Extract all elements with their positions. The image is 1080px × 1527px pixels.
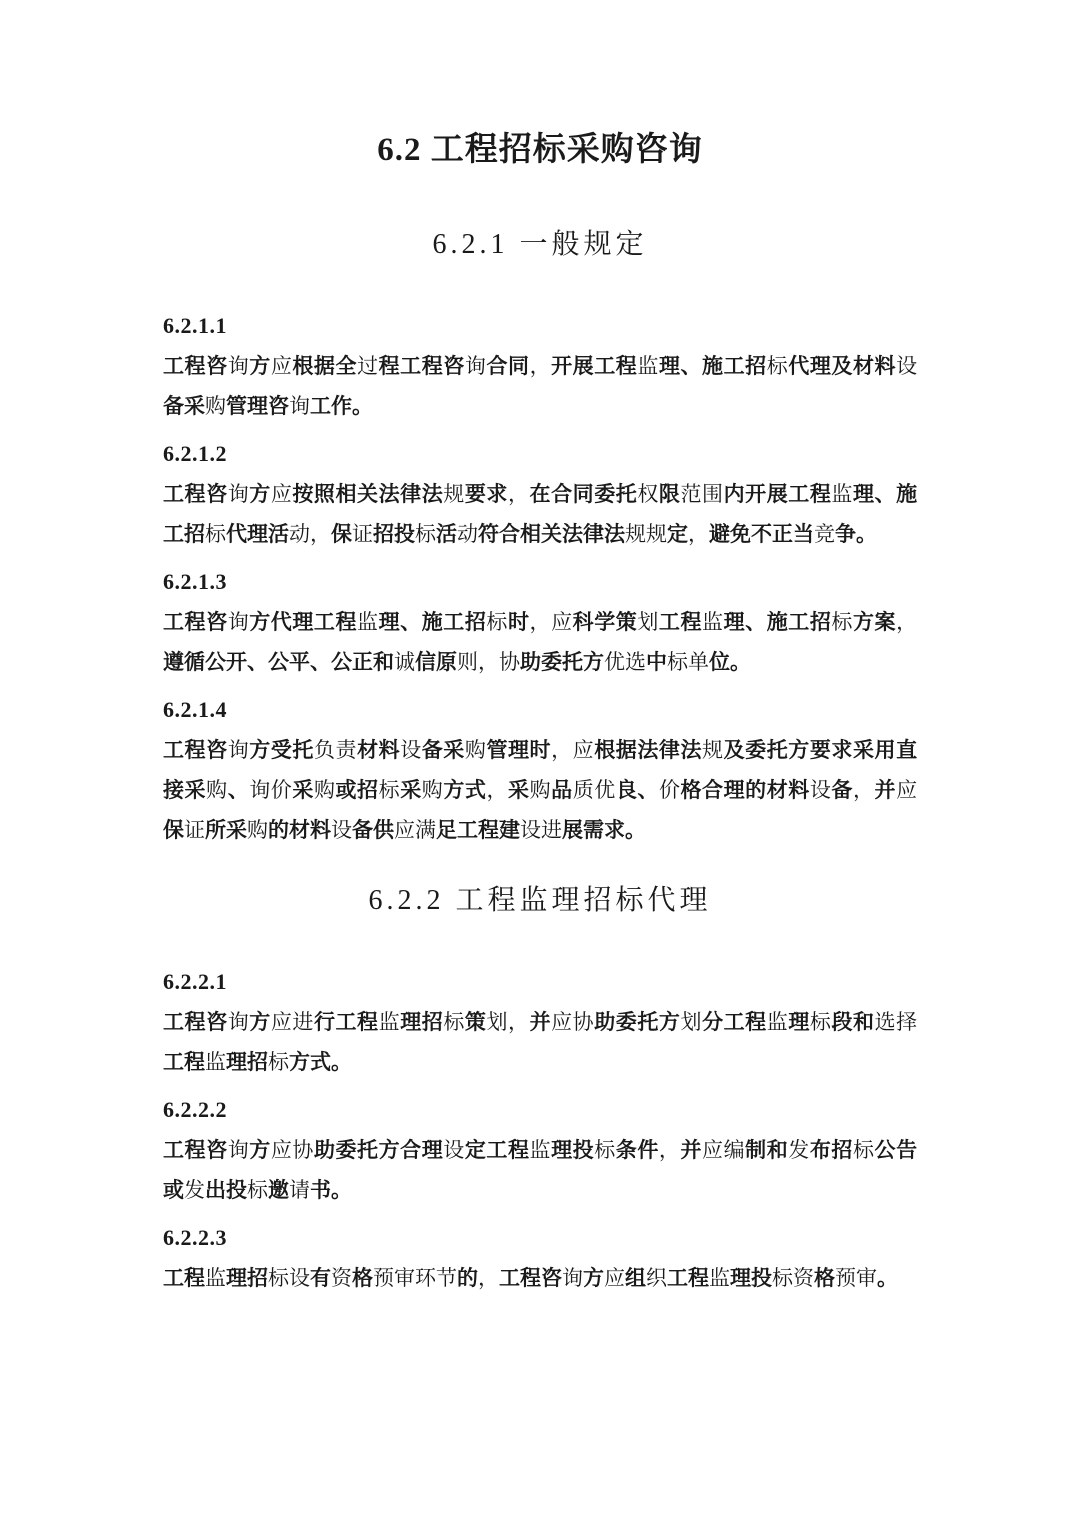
text-run: 要求	[465, 482, 508, 506]
text-run: 标	[486, 610, 508, 634]
text-run: 预审环节	[373, 1266, 457, 1290]
text-run: 则，协	[457, 650, 520, 674]
document-title: 6.2 工程招标采购咨询	[163, 0, 917, 172]
text-run: 备采	[163, 394, 205, 418]
text-run: ，应	[551, 738, 594, 762]
clause-number: 6.2.2.3	[163, 1218, 917, 1258]
text-run: 方	[583, 1266, 604, 1290]
text-run: ，应	[530, 610, 573, 634]
text-run: 工程	[163, 1266, 205, 1290]
section-heading-6-2-2: 6.2.2 工程监理招标代理	[163, 882, 917, 920]
text-run: 所采	[205, 818, 247, 842]
text-run: 。	[877, 1266, 898, 1290]
text-run: 证	[352, 522, 373, 546]
text-run: 质优	[573, 778, 616, 802]
text-run: 程工程咨	[379, 354, 465, 378]
text-run: 行工程	[314, 1010, 379, 1034]
text-run: 在合同委托	[530, 482, 638, 506]
text-run: 工程咨	[163, 738, 228, 762]
text-run: 良、	[616, 778, 659, 802]
text-run: 邀	[268, 1178, 289, 1202]
text-run: 标	[443, 1010, 465, 1034]
text-run: 应协	[271, 1138, 314, 1162]
text-run: ，	[508, 482, 530, 506]
text-run: 标单	[667, 650, 709, 674]
text-run: 设	[400, 738, 422, 762]
text-run: 标	[767, 354, 789, 378]
clause-number: 6.2.1.1	[163, 306, 917, 346]
text-run: 管理时	[486, 738, 551, 762]
text-run: 材料	[357, 738, 400, 762]
clause-number: 6.2.2.2	[163, 1090, 917, 1130]
text-run: ，	[688, 522, 709, 546]
clause-6-2-1-4: 6.2.1.4 工程咨询方受托负责材料设备采购管理时，应根据法律法规及委托方要求…	[163, 690, 917, 850]
text-run: 理、施工招	[659, 354, 767, 378]
text-run: 内开展工程	[724, 482, 832, 506]
text-run: 理、施工招	[379, 610, 487, 634]
section-heading-6-2-1: 6.2.1 一般规定	[163, 226, 917, 264]
text-run: 应	[604, 1266, 625, 1290]
text-run: 并	[530, 1010, 552, 1034]
clause-number: 6.2.1.4	[163, 690, 917, 730]
text-run: 保	[163, 818, 184, 842]
text-run: 活	[436, 522, 457, 546]
text-run: 购	[205, 394, 226, 418]
text-run: 设	[896, 354, 917, 378]
text-run: 品	[551, 778, 573, 802]
clause-6-2-1-1: 6.2.1.1 工程咨询方应根据全过程工程咨询合同，开展工程监理、施工招标代理及…	[163, 306, 917, 426]
text-run: 优选	[604, 650, 646, 674]
text-run: 预审	[835, 1266, 877, 1290]
text-run: ，	[530, 354, 552, 378]
text-run: 有	[310, 1266, 331, 1290]
text-run: 按照相关法律法	[292, 482, 443, 506]
text-run: 方式。	[289, 1050, 352, 1074]
text-run: 方案	[853, 610, 896, 634]
text-run: 争。	[835, 522, 877, 546]
text-run: 监	[205, 1050, 226, 1074]
text-run: 的	[457, 1266, 478, 1290]
section-6-2-1: 6.2.1 一般规定 6.2.1.1 工程咨询方应根据全过程工程咨询合同，开展工…	[163, 226, 917, 850]
clause-number: 6.2.2.1	[163, 962, 917, 1002]
text-run: 监	[530, 1138, 552, 1162]
text-run: 监	[205, 1266, 226, 1290]
text-run: 权	[637, 482, 659, 506]
text-run: 方	[249, 482, 271, 506]
text-run: 监	[709, 1266, 730, 1290]
text-run: 格合理的材料	[681, 778, 810, 802]
text-run: 价	[659, 778, 681, 802]
text-run: 中	[646, 650, 667, 674]
text-run: 竞	[814, 522, 835, 546]
text-run: 招投	[373, 522, 415, 546]
text-run: 信原	[415, 650, 457, 674]
text-run: 助委托方	[520, 650, 604, 674]
document-page: 6.2 工程招标采购咨询 6.2.1 一般规定 6.2.1.1 工程咨询方应根据…	[0, 0, 1080, 1527]
text-run: 时	[508, 610, 530, 634]
text-run: 范围	[680, 482, 723, 506]
text-run: 监	[702, 610, 724, 634]
text-run: 购	[422, 778, 444, 802]
text-run: 合同	[486, 354, 529, 378]
text-run: 代理及材料	[788, 354, 896, 378]
text-run: 或招	[336, 778, 379, 802]
text-run: ，	[478, 1266, 499, 1290]
text-run: 设	[810, 778, 832, 802]
text-run: 监	[831, 482, 853, 506]
text-run: 限	[659, 482, 681, 506]
text-run: 询	[228, 738, 250, 762]
text-run: 诚	[394, 650, 415, 674]
text-run: 备	[831, 778, 853, 802]
text-run: ，	[896, 610, 917, 634]
text-run: 制和	[745, 1138, 788, 1162]
text-run: 理投	[730, 1266, 772, 1290]
text-run: 购	[247, 818, 268, 842]
text-run: 询	[228, 1010, 250, 1034]
section-6-2-2: 6.2.2 工程监理招标代理 6.2.2.1 工程咨询方应进行工程监理招标策划，…	[163, 882, 917, 1298]
text-run: 根据全	[292, 354, 357, 378]
text-run: 规	[702, 738, 724, 762]
text-run: ，	[853, 778, 875, 802]
text-run: 标资	[772, 1266, 814, 1290]
text-run: 策	[465, 1010, 487, 1034]
text-run: 过	[357, 354, 379, 378]
text-run: 动	[457, 522, 478, 546]
text-run: 应编	[702, 1138, 745, 1162]
text-run: 理	[788, 1010, 810, 1034]
text-run: 监	[379, 1010, 401, 1034]
text-run: 保	[331, 522, 352, 546]
text-run: 并	[875, 778, 897, 802]
text-run: 应	[271, 482, 293, 506]
text-run: 划	[681, 1010, 703, 1034]
clause-6-2-1-2: 6.2.1.2 工程咨询方应按照相关法律法规要求，在合同委托权限范围内开展工程监…	[163, 434, 917, 554]
text-run: 理招	[400, 1010, 443, 1034]
text-run: 划，	[486, 1010, 529, 1034]
text-run: 理、施工招	[724, 610, 832, 634]
text-run: 工程	[667, 1266, 709, 1290]
text-run: 资	[331, 1266, 352, 1290]
text-run: 组	[625, 1266, 646, 1290]
text-run: 位。	[709, 650, 751, 674]
text-run: 开展工程	[551, 354, 637, 378]
text-run: 并	[680, 1138, 702, 1162]
clause-text: 工程咨询方应根据全过程工程咨询合同，开展工程监理、施工招标代理及材料设备采购管理…	[163, 346, 917, 426]
text-run: 足工程建	[436, 818, 520, 842]
clause-6-2-2-2: 6.2.2.2 工程咨询方应协助委托方合理设定工程监理投标条件，并应编制和发布招…	[163, 1090, 917, 1210]
text-run: 定	[667, 522, 688, 546]
text-run: 采	[508, 778, 530, 802]
text-run: 询	[289, 394, 310, 418]
text-run: 理招	[226, 1266, 268, 1290]
text-run: 划	[637, 610, 659, 634]
text-run: 符合相关法律法	[478, 522, 625, 546]
text-run: 标	[831, 610, 853, 634]
text-run: 标	[594, 1138, 616, 1162]
text-run: 的材料	[268, 818, 331, 842]
text-run: 格	[814, 1266, 835, 1290]
text-run: 工作。	[310, 394, 373, 418]
text-run: 询	[465, 354, 487, 378]
text-run: 展需求。	[562, 818, 646, 842]
text-run: 询价	[249, 778, 292, 802]
text-run: 工程咨	[163, 1138, 228, 1162]
text-run: 方受托	[249, 738, 314, 762]
text-run: 采	[400, 778, 422, 802]
text-run: 条件	[616, 1138, 659, 1162]
clause-text: 工程咨询方应进行工程监理招标策划，并应协助委托方划分工程监理标段和选择工程监理招…	[163, 1002, 917, 1082]
text-run: ，	[486, 778, 508, 802]
text-run: 证	[184, 818, 205, 842]
text-run: 标	[810, 1010, 832, 1034]
text-run: 管理咨	[226, 394, 289, 418]
text-run: 布招	[810, 1138, 853, 1162]
text-run: 购	[465, 738, 487, 762]
text-run: 根据法律法	[594, 738, 702, 762]
clause-number: 6.2.1.3	[163, 562, 917, 602]
text-run: 标	[415, 522, 436, 546]
text-run: 监	[357, 610, 379, 634]
text-run: 标	[379, 778, 401, 802]
text-run: 选择	[875, 1010, 918, 1034]
text-run: 出投	[205, 1178, 247, 1202]
text-run: 工程咨	[163, 354, 228, 378]
text-run: 标	[247, 1178, 268, 1202]
text-run: 询	[228, 482, 250, 506]
clause-text: 工程咨询方代理工程监理、施工招标时，应科学策划工程监理、施工招标方案，遵循公开、…	[163, 602, 917, 682]
text-run: 监	[637, 354, 659, 378]
text-run: 工程咨	[499, 1266, 562, 1290]
clause-number: 6.2.1.2	[163, 434, 917, 474]
text-run: 备采	[422, 738, 465, 762]
text-run: 段和	[831, 1010, 874, 1034]
text-run: 监	[767, 1010, 789, 1034]
text-run: 书。	[310, 1178, 352, 1202]
text-run: 工程	[659, 610, 702, 634]
clause-6-2-1-3: 6.2.1.3 工程咨询方代理工程监理、施工招标时，应科学策划工程监理、施工招标…	[163, 562, 917, 682]
text-run: 织	[646, 1266, 667, 1290]
clause-text: 工程咨询方受托负责材料设备采购管理时，应根据法律法规及委托方要求采用直接采购、询…	[163, 730, 917, 850]
text-run: 负责	[314, 738, 357, 762]
text-run: 应	[896, 778, 917, 802]
text-run: 购	[206, 778, 228, 802]
clause-6-2-2-1: 6.2.2.1 工程咨询方应进行工程监理招标策划，并应协助委托方划分工程监理标段…	[163, 962, 917, 1082]
text-run: 标设	[268, 1266, 310, 1290]
text-run: 方式	[443, 778, 486, 802]
text-run: 方	[249, 354, 271, 378]
text-run: 设	[443, 1138, 465, 1162]
text-run: 方	[249, 1010, 271, 1034]
text-run: 询	[228, 1138, 250, 1162]
text-run: 避免不正当	[709, 522, 814, 546]
text-run: 定工程	[465, 1138, 530, 1162]
text-run: 应协	[551, 1010, 594, 1034]
text-run: 询	[228, 354, 250, 378]
text-run: 标	[853, 1138, 875, 1162]
text-run: 方	[249, 1138, 271, 1162]
text-run: 助委托方	[594, 1010, 680, 1034]
text-run: 购	[314, 778, 336, 802]
text-run: 购	[530, 778, 552, 802]
text-run: 动，	[289, 522, 331, 546]
clause-text: 工程咨询方应按照相关法律法规要求，在合同委托权限范围内开展工程监理、施工招标代理…	[163, 474, 917, 554]
text-run: 规	[443, 482, 465, 506]
clause-text: 工程咨询方应协助委托方合理设定工程监理投标条件，并应编制和发布招标公告或发出投标…	[163, 1130, 917, 1210]
text-run: 设	[331, 818, 352, 842]
text-run: 采	[292, 778, 314, 802]
text-run: 方代理工程	[249, 610, 357, 634]
text-run: 应进	[271, 1010, 314, 1034]
text-run: 工程	[163, 1050, 205, 1074]
text-run: 理投	[551, 1138, 594, 1162]
text-run: 、	[228, 778, 250, 802]
text-run: 询	[562, 1266, 583, 1290]
text-run: 规规	[625, 522, 667, 546]
text-run: 设进	[520, 818, 562, 842]
text-run: 工程咨	[163, 610, 228, 634]
text-run: 科学策	[573, 610, 638, 634]
text-run: 标	[268, 1050, 289, 1074]
clause-text: 工程监理招标设有资格预审环节的，工程咨询方应组织工程监理投标资格预审。	[163, 1258, 917, 1298]
text-run: 应	[271, 354, 293, 378]
text-run: 代理活	[226, 522, 289, 546]
clause-6-2-2-3: 6.2.2.3 工程监理招标设有资格预审环节的，工程咨询方应组织工程监理投标资格…	[163, 1218, 917, 1298]
text-run: 发	[184, 1178, 205, 1202]
text-run: 工程咨	[163, 1010, 228, 1034]
text-run: ，	[659, 1138, 681, 1162]
text-run: 应满	[394, 818, 436, 842]
text-run: 理招	[226, 1050, 268, 1074]
text-run: 遵循公开、公平、公正和	[163, 650, 394, 674]
text-run: 分工程	[702, 1010, 767, 1034]
text-run: 请	[289, 1178, 310, 1202]
text-run: 工程咨	[163, 482, 228, 506]
text-run: 格	[352, 1266, 373, 1290]
text-run: 备供	[352, 818, 394, 842]
text-run: 发	[788, 1138, 810, 1162]
text-run: 询	[228, 610, 250, 634]
text-run: 标	[205, 522, 226, 546]
text-run: 助委托方合理	[314, 1138, 443, 1162]
